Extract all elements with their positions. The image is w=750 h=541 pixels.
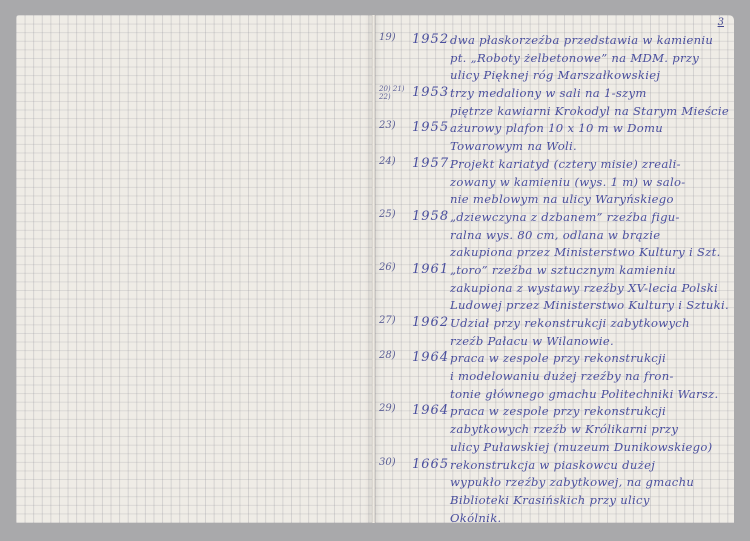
entry-text-line: piętrze kawiarni Krokodyl na Starym Mieś… <box>450 103 728 121</box>
page-number: 3 <box>718 17 724 28</box>
entry-year: 1955 <box>412 120 452 135</box>
entry-text-line: ralna wys. 80 cm, odlana w brązie <box>450 227 728 245</box>
entry-23: 23) 1955 ażurowy plafon 10 x 10 m w Domu… <box>379 120 728 155</box>
entry-number: 24) <box>379 156 407 167</box>
entry-text-line: Biblioteki Krasińskich przy ulicy <box>450 492 728 510</box>
entry-text-line: ulicy Pięknej róg Marszałkowskiej <box>450 67 728 85</box>
entry-27: 27) 1962 Udział przy rekonstrukcji zabyt… <box>379 315 728 350</box>
entry-text-line: trzy medaliony w sali na 1-szym <box>450 85 728 103</box>
entry-year: 1957 <box>412 156 452 171</box>
entry-24: 24) 1957 Projekt kariatyd (cztery misie)… <box>379 156 728 209</box>
entry-number: 29) <box>379 403 407 414</box>
entry-number: 26) <box>379 262 407 273</box>
left-notebook-page <box>16 15 372 523</box>
entry-20-22: 20) 21) 22) 1953 trzy medaliony w sali n… <box>379 85 728 120</box>
entry-number: 23) <box>379 120 407 131</box>
entry-text-line: Projekt kariatyd (cztery misie) zreali- <box>450 156 728 174</box>
entry-text-line: rzeźb Pałacu w Wilanowie. <box>450 333 728 351</box>
entry-year: 1958 <box>412 209 452 224</box>
entry-text-line: rekonstrukcja w piaskowcu dużej <box>450 457 728 475</box>
entry-text-line: zakupiona przez Ministerstwo Kultury i S… <box>450 244 728 262</box>
entry-28: 28) 1964 praca w zespole przy rekonstruk… <box>379 350 728 403</box>
entry-text-line: „dziewczyna z dzbanem” rzeźba figu- <box>450 209 728 227</box>
entry-year: 1962 <box>412 315 452 330</box>
entry-number: 20) 21) 22) <box>379 85 407 101</box>
entry-text-line: tonie głównego gmachu Politechniki Warsz… <box>450 386 728 404</box>
entry-number: 28) <box>379 350 407 361</box>
right-notebook-page: 3 19) 1952 dwa płaskorzeźba przedstawia … <box>375 15 734 523</box>
entry-text-line: zowany w kamieniu (wys. 1 m) w salo- <box>450 174 728 192</box>
entry-number: 27) <box>379 315 407 326</box>
entry-text-line: Udział przy rekonstrukcji zabytkowych <box>450 315 728 333</box>
entry-26: 26) 1961 „toro” rzeźba w sztucznym kamie… <box>379 262 728 315</box>
entry-text-line: „toro” rzeźba w sztucznym kamieniu <box>450 262 728 280</box>
entry-year: 1961 <box>412 262 452 277</box>
entry-text-line: praca w zespole przy rekonstrukcji <box>450 403 728 421</box>
entry-text-line: Towarowym na Woli. <box>450 138 728 156</box>
entry-text-line: ulicy Puławskiej (muzeum Dunikowskiego) <box>450 439 728 457</box>
entry-year: 1665 <box>412 457 452 472</box>
entry-text-line: pt. „Roboty żelbetonowe” na MDM. przy <box>450 50 728 68</box>
entry-25: 25) 1958 „dziewczyna z dzbanem” rzeźba f… <box>379 209 728 262</box>
entry-text-line: praca w zespole przy rekonstrukcji <box>450 350 728 368</box>
entry-text-line: ażurowy plafon 10 x 10 m w Domu <box>450 120 728 138</box>
entry-text-line: Okólnik. <box>450 510 728 528</box>
entry-19: 19) 1952 dwa płaskorzeźba przedstawia w … <box>379 32 728 85</box>
entry-30: 30) 1665 rekonstrukcja w piaskowcu dużej… <box>379 457 728 528</box>
entry-text-line: wypukło rzeźby zabytkowej, na gmachu <box>450 474 728 492</box>
entry-year: 1952 <box>412 32 452 47</box>
entry-29: 29) 1964 praca w zespole przy rekonstruk… <box>379 403 728 456</box>
entry-number: 30) <box>379 457 407 468</box>
entry-text-line: nie meblowym na ulicy Waryńskiego <box>450 191 728 209</box>
entry-number: 25) <box>379 209 407 220</box>
entry-year: 1953 <box>412 85 452 100</box>
entry-text-line: i modelowaniu dużej rzeźby na fron- <box>450 368 728 386</box>
entry-text-line: dwa płaskorzeźba przedstawia w kamieniu <box>450 32 728 50</box>
entry-text-line: zakupiona z wystawy rzeźby XV-lecia Pols… <box>450 280 728 298</box>
handwritten-entry-list: 19) 1952 dwa płaskorzeźba przedstawia w … <box>379 32 728 527</box>
entry-text-line: zabytkowych rzeźb w Królikarni przy <box>450 421 728 439</box>
entry-year: 1964 <box>412 403 452 418</box>
entry-text-line: Ludowej przez Ministerstwo Kultury i Szt… <box>450 297 728 315</box>
entry-number: 19) <box>379 32 407 43</box>
entry-year: 1964 <box>412 350 452 365</box>
